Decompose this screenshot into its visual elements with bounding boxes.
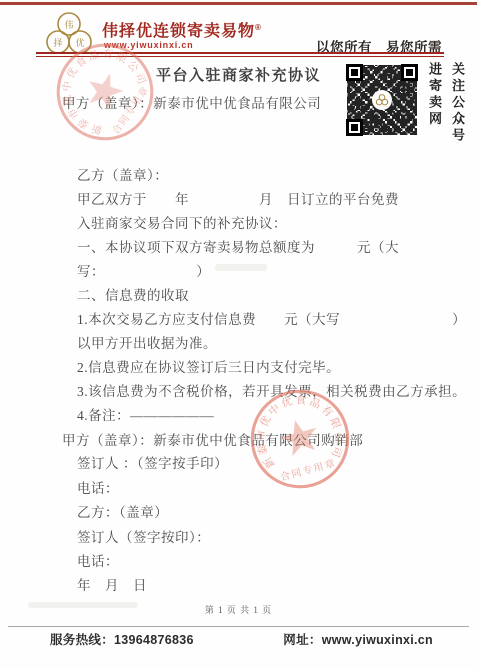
hotline-number: 13964876836 bbox=[114, 633, 194, 647]
scan-smudge bbox=[28, 602, 138, 608]
header-double-rule-top bbox=[36, 52, 444, 54]
qr-caption: 关注公众号 进寄卖网 bbox=[421, 62, 467, 222]
item-2-line: 2.信息费应在协议签订后三日内支付完毕。 bbox=[77, 356, 340, 376]
section-2-heading: 二、信息费的收取 bbox=[77, 284, 189, 304]
item-1-line-2: 以甲方开出收据为准。 bbox=[77, 332, 217, 352]
logo-char-2: 择 bbox=[53, 37, 62, 48]
item-4-remarks-line: 4.备注：—————— bbox=[77, 404, 214, 424]
phone-a-line: 电话： bbox=[77, 477, 119, 497]
phone-b-line: 电话： bbox=[77, 550, 119, 570]
qr-center-logo-icon bbox=[372, 90, 392, 110]
logo-char-3: 优 bbox=[75, 37, 84, 48]
website-label: 网址： bbox=[283, 633, 321, 647]
continuation-line: 入驻商家交易合同下的补充协议： bbox=[77, 212, 287, 232]
website: 网址：www.yiwuxinxi.cn bbox=[283, 630, 433, 648]
seal-center-text: 合同专用章 bbox=[279, 456, 338, 483]
logo-char-1: 伟 bbox=[64, 19, 73, 30]
party-a-bottom-line: 甲方（盖章）：新泰市优中优食品有限公司购销部 bbox=[62, 429, 363, 449]
date-blank-line: 甲乙双方于 年 月 日订立的平台免费 bbox=[77, 188, 399, 208]
item-1-line-1: 1.本次交易乙方应支付信息费 元（大写 ） bbox=[77, 308, 466, 328]
qr-caption-enter: 进寄卖网 bbox=[425, 62, 444, 222]
clause-1-line-2: 写： ） bbox=[77, 260, 210, 280]
party-a-top-line: 甲方（盖章）：新泰市优中优食品有限公司 bbox=[62, 92, 321, 112]
signer-b-line: 签订人（签字按印）： bbox=[77, 526, 210, 546]
registered-mark: ® bbox=[255, 23, 262, 32]
header-double-rule-bottom bbox=[36, 56, 444, 57]
item-3-line: 3.该信息费为不含税价格，若开具发票，相关税费由乙方承担。 bbox=[77, 380, 466, 400]
qr-finder-bottom-left bbox=[346, 119, 363, 136]
brand-name-text: 伟择优连锁寄卖易物 bbox=[102, 23, 255, 40]
website-url: www.yiwuxinxi.cn bbox=[322, 633, 433, 647]
signer-a-line: 签订人 ：（签字按手印） bbox=[77, 452, 228, 472]
scanned-contract-page: 伟 择 优 伟择优连锁寄卖易物® www.yiwuxinxi.cn 以您所有 易… bbox=[0, 0, 477, 668]
brand-name: 伟择优连锁寄卖易物® bbox=[102, 18, 262, 41]
hotline-label: 服务热线： bbox=[50, 633, 114, 647]
scan-smudge bbox=[215, 264, 267, 271]
document-title: 平台入驻商家补充协议 bbox=[0, 64, 477, 85]
date-short-line: 年 月 日 bbox=[77, 574, 147, 594]
brand-url: www.yiwuxinxi.cn bbox=[104, 40, 193, 50]
party-b-top-line: 乙方（盖章）： bbox=[77, 164, 168, 184]
qr-caption-follow: 关注公众号 bbox=[448, 62, 467, 222]
service-hotline: 服务热线：13964876836 bbox=[50, 630, 194, 648]
party-b-bottom-line: 乙方：（盖章） bbox=[77, 501, 168, 521]
footer-rule bbox=[8, 626, 469, 627]
top-red-rule bbox=[0, 2, 477, 5]
brand-logo-icon: 伟 择 优 bbox=[38, 11, 100, 57]
clause-1-line-1: 一、本协议项下双方寄卖易物总额度为 元（大 bbox=[77, 236, 399, 256]
